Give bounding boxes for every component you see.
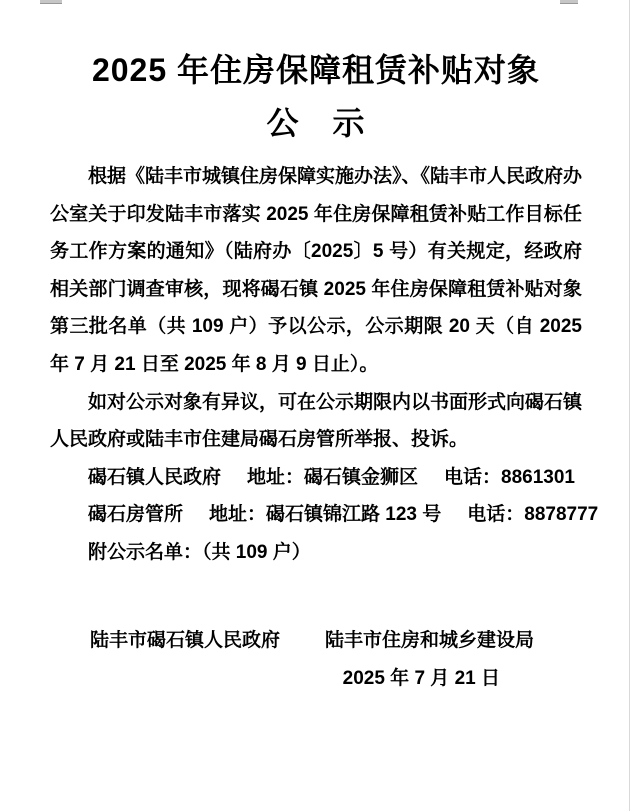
paragraph-basis: 根据《陆丰市城镇住房保障实施办法》、《陆丰市人民政府办公室关于印发陆丰市落实 2… [50,158,582,384]
document-text: 根据《陆丰市城镇住房保障实施办法》、《陆丰市人民政府办公室关于印发陆丰市落实 2… [50,158,582,572]
document-title: 2025 年住房保障租赁补贴对象 公 示 [50,44,582,150]
top-edge-ui-fragment-right [560,0,578,4]
top-edge-ui-fragment-left [40,0,62,4]
address-text: 地址：碣石镇金狮区 [247,459,418,497]
signature-row: 陆丰市碣石镇人民政府 陆丰市住房和城乡建设局 [50,622,582,660]
page-edge-line [629,0,630,811]
document-body: 2025 年住房保障租赁补贴对象 公 示 根据《陆丰市城镇住房保障实施办法》、《… [0,0,632,698]
signature-right: 陆丰市住房和城乡建设局 [325,622,534,660]
paragraph-objection: 如对公示对象有异议，可在公示期限内以书面形式向碣石镇人民政府或陆丰市住建局碣石房… [50,384,582,459]
contact-row-town-government: 碣石镇人民政府 地址：碣石镇金狮区 电话：8861301 [50,459,582,497]
signature-date: 2025 年 7 月 21 日 [50,660,582,698]
document-title-line2: 公 示 [50,97,582,150]
org-name: 碣石房管所 [88,496,183,534]
signature-block: 陆丰市碣石镇人民政府 陆丰市住房和城乡建设局 2025 年 7 月 21 日 [50,622,582,698]
contact-row-housing-office: 碣石房管所 地址：碣石镇锦江路 123 号 电话：8878777 [50,496,582,534]
attachment-note: 附公示名单：（共 109 户） [50,534,582,572]
document-title-line1: 2025 年住房保障租赁补贴对象 [50,44,582,97]
phone-text: 电话：8861301 [444,459,575,497]
address-text: 地址：碣石镇锦江路 123 号 [209,496,441,534]
org-name: 碣石镇人民政府 [88,459,221,497]
signature-left: 陆丰市碣石镇人民政府 [90,622,280,660]
document-page: 2025 年住房保障租赁补贴对象 公 示 根据《陆丰市城镇住房保障实施办法》、《… [0,0,632,811]
phone-text: 电话：8878777 [467,496,598,534]
